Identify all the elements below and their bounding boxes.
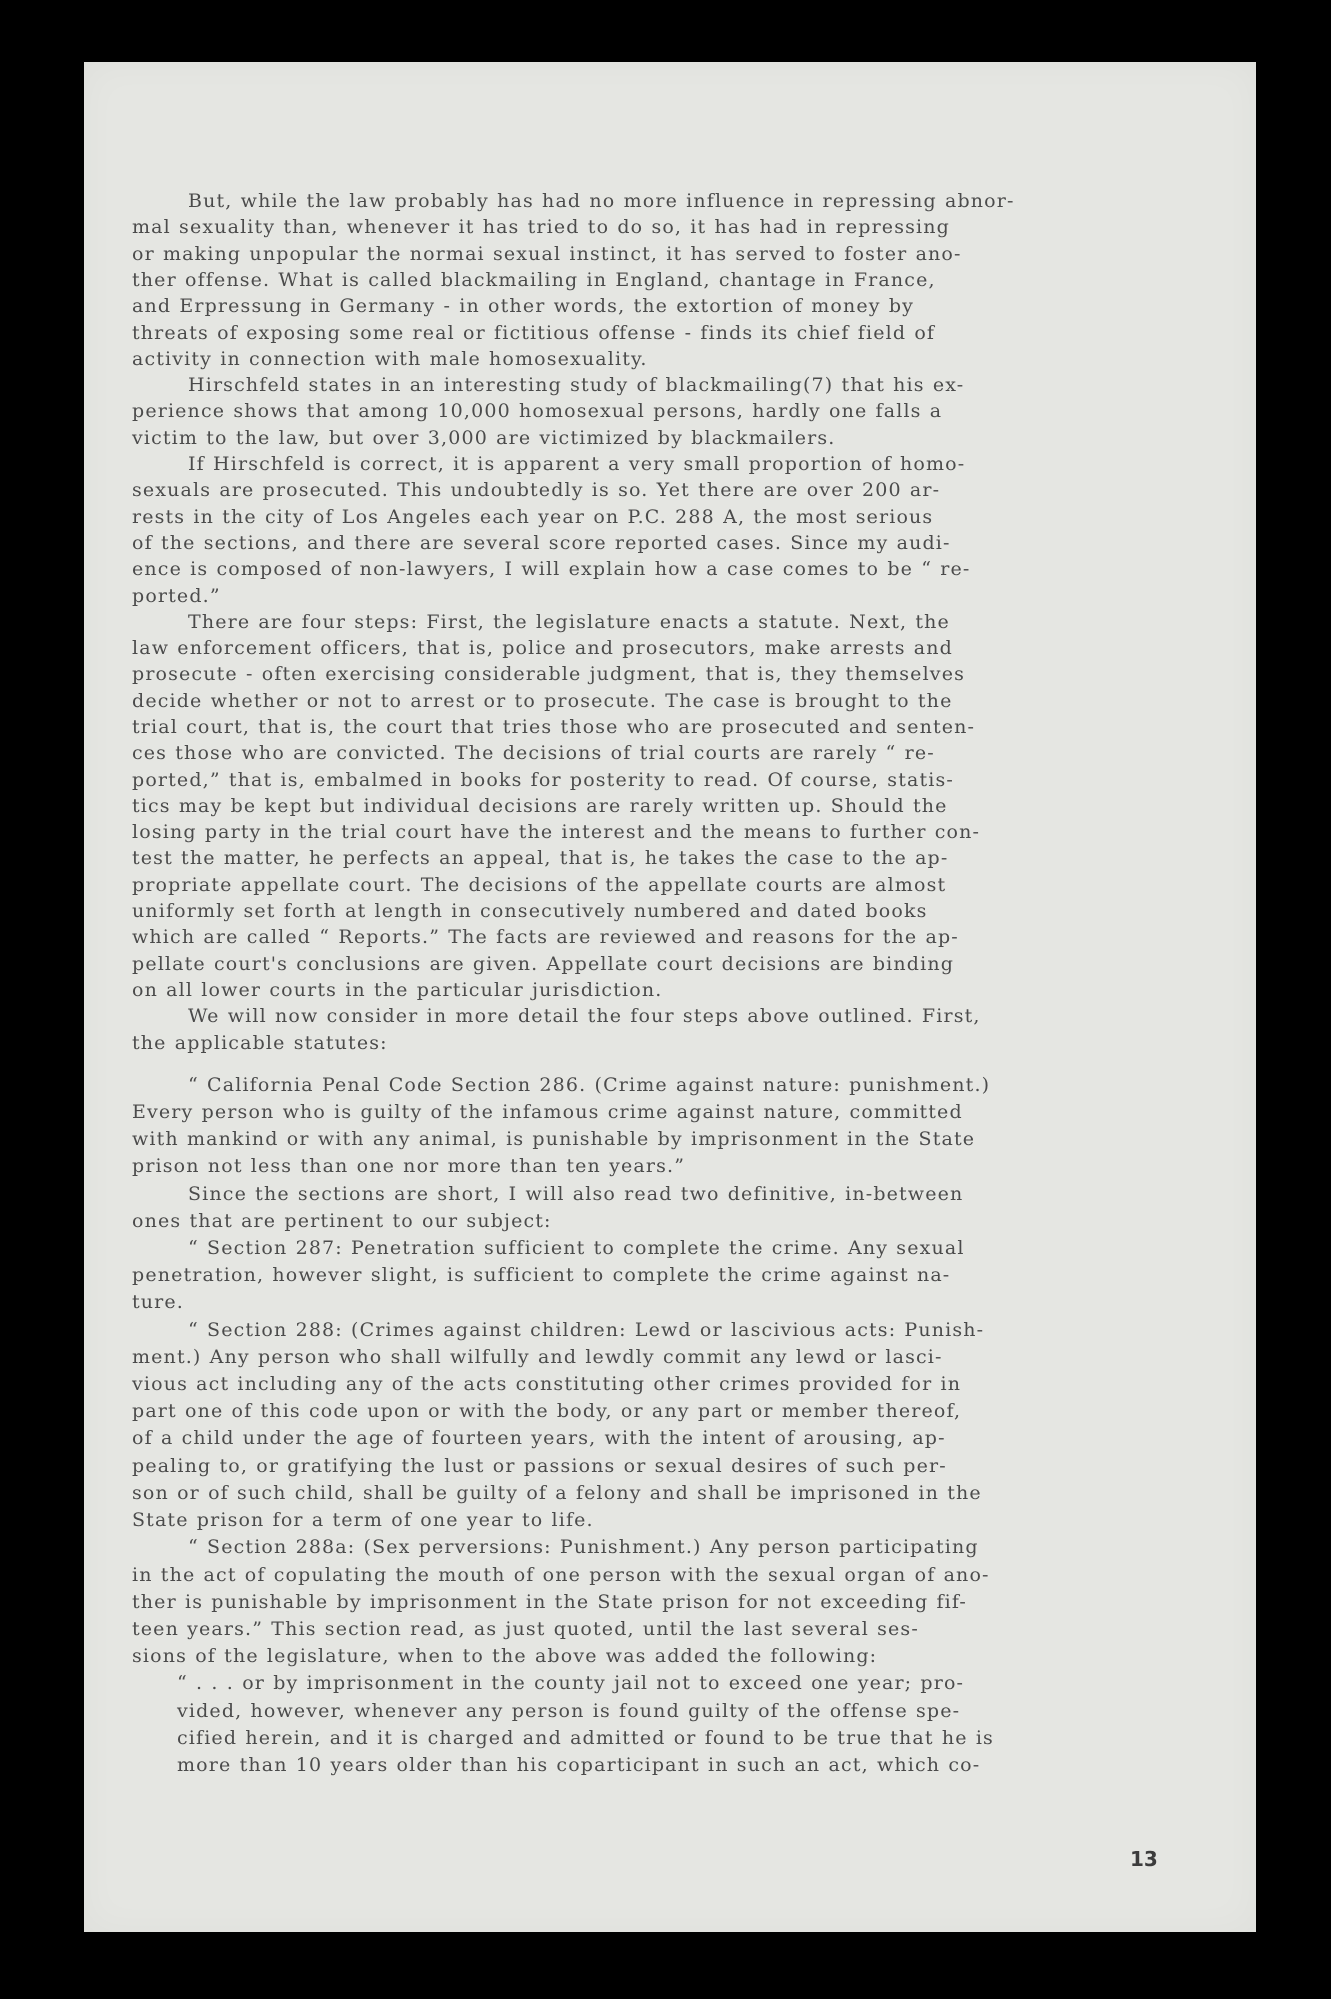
blackmail-intro-line: mal sexuality than, whenever it has trie… xyxy=(132,216,950,238)
four-steps-line: losing party in the trial court have the… xyxy=(132,821,980,843)
section-288a-line: in the act of copulating the mouth of on… xyxy=(132,1564,990,1586)
hirschfeld-correct-line: ported.” xyxy=(132,585,221,607)
section-286-line: Every person who is guilty of the infamo… xyxy=(132,1101,963,1123)
amendment-quote-line: vided, however, whenever any person is f… xyxy=(177,1700,960,1722)
section-288-line: ment.) Any person who shall wilfully and… xyxy=(132,1346,943,1368)
amendment-quote-line: “ . . . or by imprisonment in the county… xyxy=(177,1672,964,1694)
section-288-line: part one of this code upon or with the b… xyxy=(132,1400,961,1422)
section-288-line: pealing to, or gratifying the lust or pa… xyxy=(132,1455,947,1477)
amendment-quote-line: cified herein, and it is charged and adm… xyxy=(177,1727,994,1749)
hirschfeld-correct-line: of the sections, and there are several s… xyxy=(132,532,951,554)
section-288-line: vious act including any of the acts cons… xyxy=(132,1373,961,1395)
blackmail-intro-line: But, while the law probably has had no m… xyxy=(188,190,1015,212)
section-288-line: son or of such child, shall be guilty of… xyxy=(132,1482,982,1504)
section-288a-line: teen years.” This section read, as just … xyxy=(132,1618,919,1640)
four-steps-line: ces those who are convicted. The decisio… xyxy=(132,742,935,764)
four-steps-line: which are called “ Reports.” The facts a… xyxy=(132,926,959,948)
four-steps-line: prosecute - often exercising considerabl… xyxy=(132,663,965,685)
hirschfeld-correct-line: ence is composed of non-lawyers, I will … xyxy=(132,558,970,580)
section-288a-line: sions of the legislature, when to the ab… xyxy=(132,1645,877,1667)
four-steps-line: tics may be kept but individual decision… xyxy=(132,795,948,817)
hirschfeld-study-line: victim to the law, but over 3,000 are vi… xyxy=(132,427,835,449)
four-steps-line: pellate court's conclusions are given. A… xyxy=(132,953,954,975)
section-287-line: “ Section 287: Penetration sufficient to… xyxy=(188,1237,965,1259)
four-steps-line: trial court, that is, the court that tri… xyxy=(132,716,975,738)
section-288a-line: ther is punishable by imprisonment in th… xyxy=(132,1591,967,1613)
section-287-line: penetration, however slight, is sufficie… xyxy=(132,1264,950,1286)
four-steps-line: propriate appellate court. The decisions… xyxy=(132,874,946,896)
section-286-line: “ California Penal Code Section 286. (Cr… xyxy=(188,1074,990,1096)
since-sections-short-line: ones that are pertinent to our subject: xyxy=(132,1210,552,1232)
since-sections-short-line: Since the sections are short, I will als… xyxy=(188,1183,963,1205)
four-steps-line: ported,” that is, embalmed in books for … xyxy=(132,769,954,791)
page-number: 13 xyxy=(1130,1847,1158,1871)
consider-detail-line: We will now consider in more detail the … xyxy=(188,1005,981,1027)
hirschfeld-study-line: perience shows that among 10,000 homosex… xyxy=(132,400,942,422)
section-286-line: prison not less than one nor more than t… xyxy=(132,1155,685,1177)
hirschfeld-study-line: Hirschfeld states in an interesting stud… xyxy=(188,374,964,396)
hirschfeld-correct-line: rests in the city of Los Angeles each ye… xyxy=(132,506,933,528)
amendment-quote-line: more than 10 years older than his copart… xyxy=(177,1754,980,1776)
hirschfeld-correct-line: sexuals are prosecuted. This undoubtedly… xyxy=(132,479,940,501)
document-page: But, while the law probably has had no m… xyxy=(84,62,1256,1932)
four-steps-line: uniformly set forth at length in consecu… xyxy=(132,900,928,922)
four-steps-line: test the matter, he perfects an appeal, … xyxy=(132,847,948,869)
section-288a-line: “ Section 288a: (Sex perversions: Punish… xyxy=(188,1536,979,1558)
blackmail-intro-line: threats of exposing some real or fictiti… xyxy=(132,322,935,344)
blackmail-intro-line: or making unpopular the normai sexual in… xyxy=(132,243,962,265)
hirschfeld-correct-line: If Hirschfeld is correct, it is apparent… xyxy=(188,453,965,475)
section-288-line: of a child under the age of fourteen yea… xyxy=(132,1427,946,1449)
four-steps-line: There are four steps: First, the legisla… xyxy=(188,611,950,633)
blackmail-intro-line: ther offense. What is called blackmailin… xyxy=(132,269,936,291)
section-288-line: “ Section 288: (Crimes against children:… xyxy=(188,1319,984,1341)
four-steps-line: law enforcement officers, that is, polic… xyxy=(132,637,953,659)
section-288-line: State prison for a term of one year to l… xyxy=(132,1509,594,1531)
blackmail-intro-line: and Erpressung in Germany - in other wor… xyxy=(132,295,914,317)
blackmail-intro-line: activity in connection with male homosex… xyxy=(132,348,648,370)
four-steps-line: on all lower courts in the particular ju… xyxy=(132,979,662,1001)
section-287-line: ture. xyxy=(132,1291,184,1313)
consider-detail-line: the applicable statutes: xyxy=(132,1032,388,1054)
section-286-line: with mankind or with any animal, is puni… xyxy=(132,1128,975,1150)
four-steps-line: decide whether or not to arrest or to pr… xyxy=(132,690,952,712)
